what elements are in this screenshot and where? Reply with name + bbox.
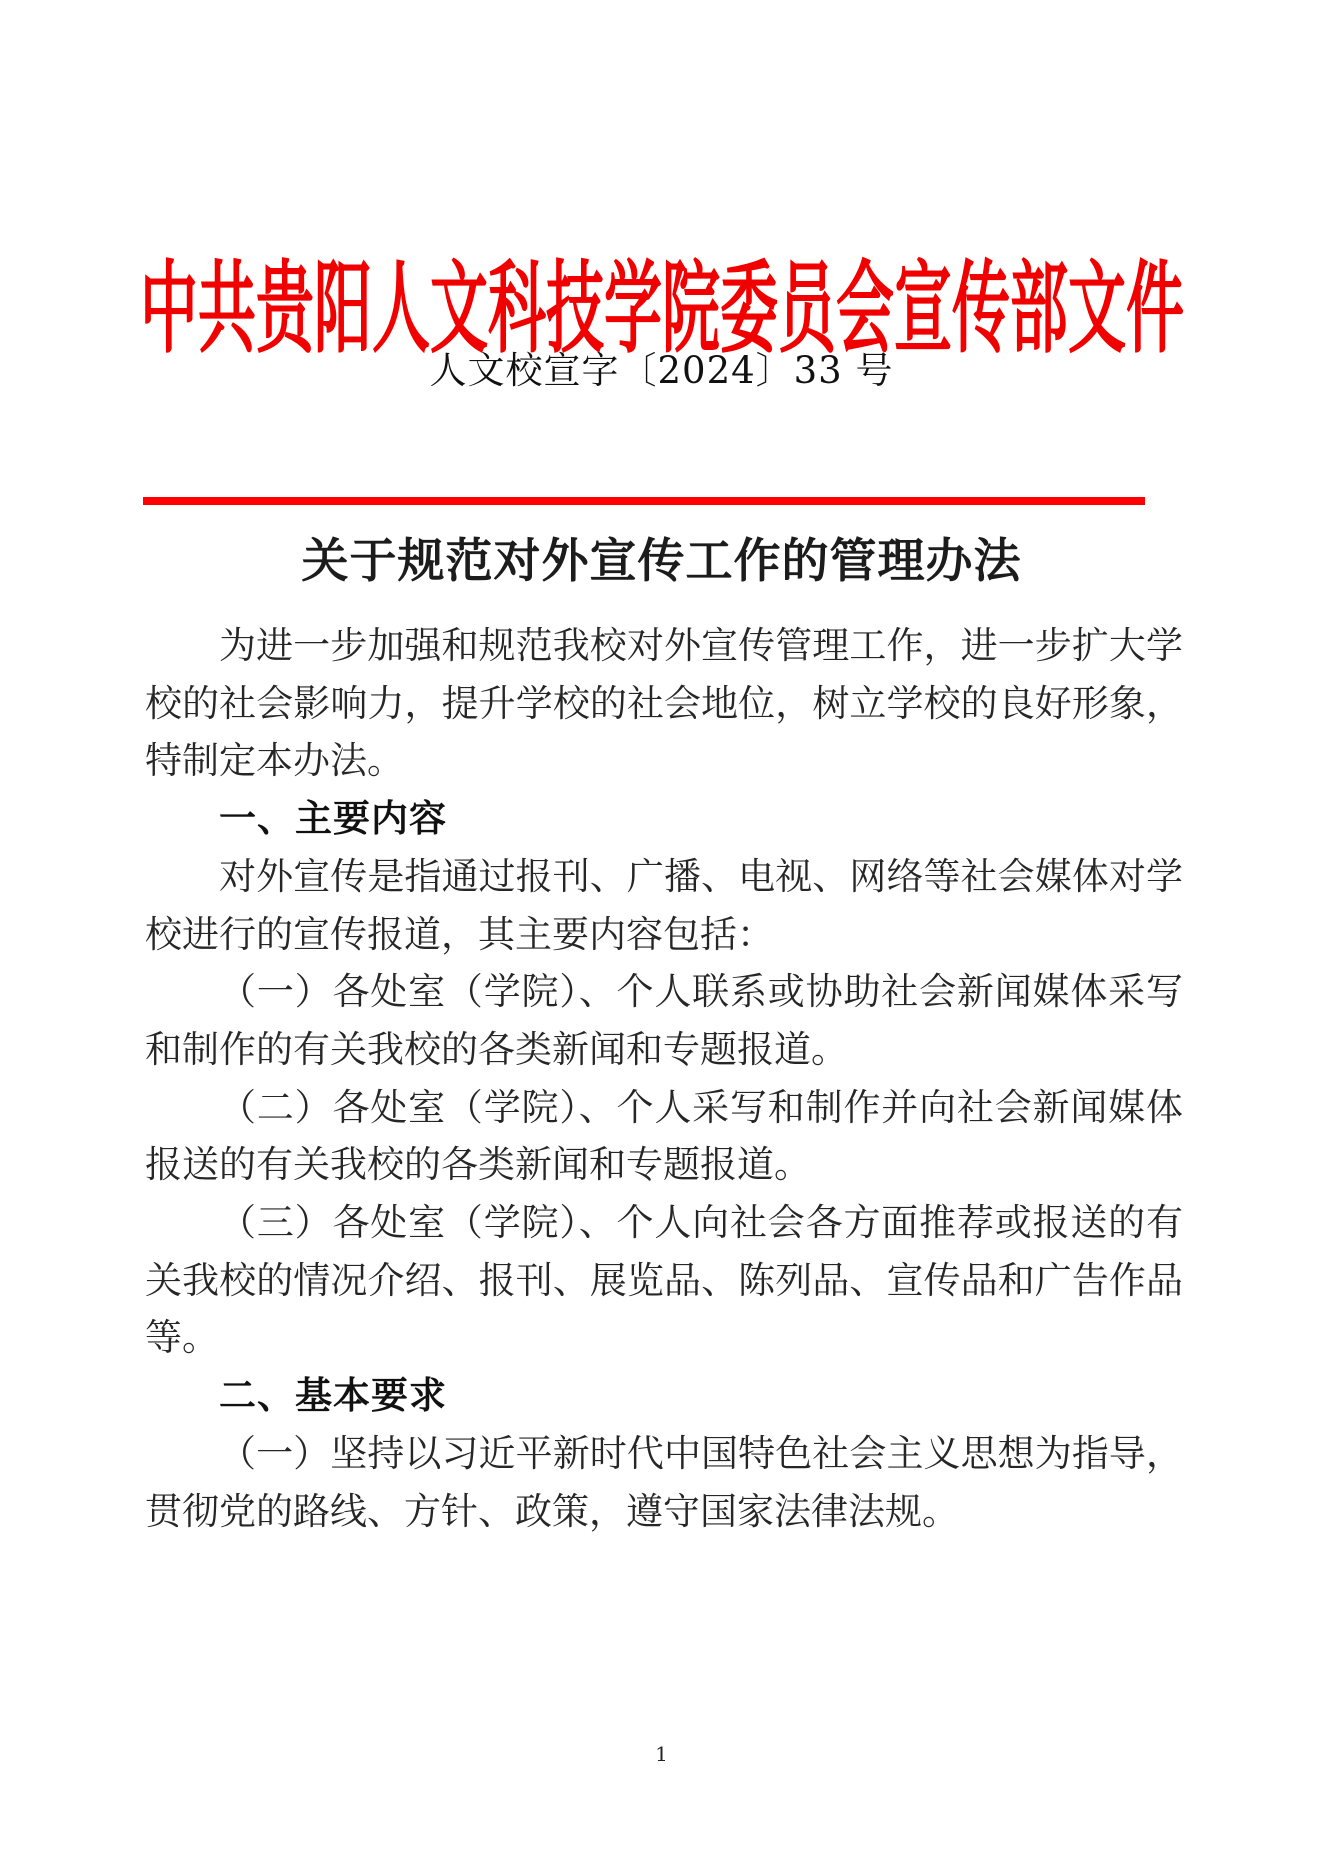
document-page: 中共贵阳人文科技学院委员会宣传部文件 人文校宣字〔2024〕33 号 关于规范对…: [0, 0, 1323, 1871]
body-paragraph: （二）各处室（学院）、个人采写和制作并向社会新闻媒体报送的有关我校的各类新闻和专…: [145, 1079, 1183, 1194]
page-number: 1: [0, 1742, 1323, 1766]
body-paragraph: 对外宣传是指通过报刊、广播、电视、网络等社会媒体对学校进行的宣传报道，其主要内容…: [145, 848, 1183, 963]
document-title: 关于规范对外宣传工作的管理办法: [0, 527, 1323, 598]
body-paragraph: （三）各处室（学院）、个人向社会各方面推荐或报送的有关我校的情况介绍、报刊、展览…: [145, 1194, 1183, 1367]
red-separator-rule: [143, 497, 1145, 505]
body-paragraph: 为进一步加强和规范我校对外宣传管理工作，进一步扩大学校的社会影响力，提升学校的社…: [145, 617, 1183, 790]
letterhead-title: 中共贵阳人文科技学院委员会宣传部文件: [140, 256, 1184, 361]
body-paragraph: （一）坚持以习近平新时代中国特色社会主义思想为指导，贯彻党的路线、方针、政策，遵…: [145, 1425, 1183, 1540]
letterhead-container: 中共贵阳人文科技学院委员会宣传部文件: [0, 256, 1323, 361]
document-body: 为进一步加强和规范我校对外宣传管理工作，进一步扩大学校的社会影响力，提升学校的社…: [145, 617, 1183, 1540]
body-paragraph: （一）各处室（学院）、个人联系或协助社会新闻媒体采写和制作的有关我校的各类新闻和…: [145, 963, 1183, 1078]
document-number: 人文校宣字〔2024〕33 号: [0, 349, 1323, 393]
section-heading-1: 一、主要内容: [145, 790, 1183, 848]
section-heading-2: 二、基本要求: [145, 1367, 1183, 1425]
